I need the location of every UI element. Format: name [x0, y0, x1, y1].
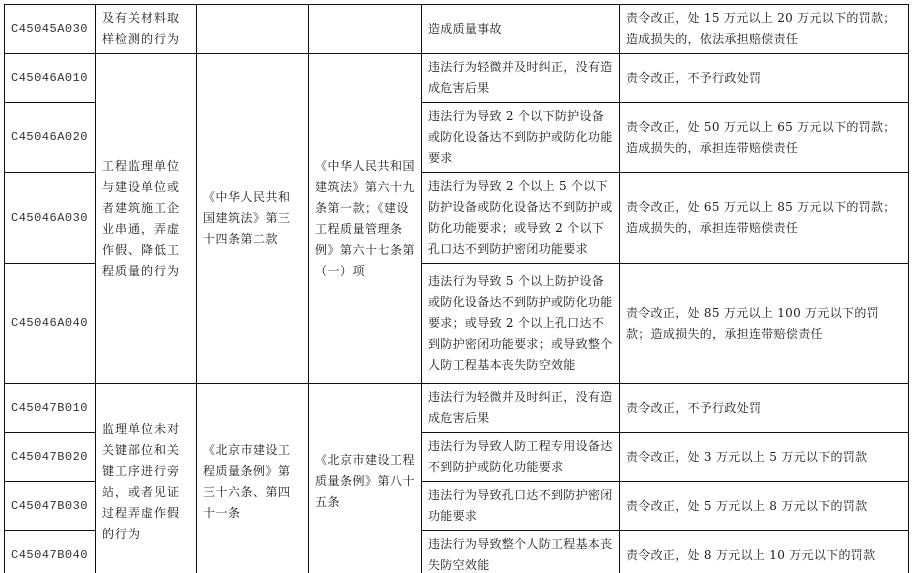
violation-code: C45047B030: [5, 482, 96, 531]
penalty-standard: 责令改正，不予行政处罚: [620, 54, 909, 103]
penalty-standard: 责令改正，处 65 万元以上 85 万元以下的罚款；造成损失的，承担连带赔偿责任: [620, 173, 909, 264]
violation-circumstance: 造成质量事故: [422, 5, 620, 54]
penalty-standards-table: C45045A030 及有关材料取样检测的行为 造成质量事故 责令改正，处 15…: [4, 4, 909, 573]
penalty-standard: 责令改正，处 8 万元以上 10 万元以下的罚款: [620, 531, 909, 573]
violation-circumstance: 违法行为导致人防工程专用设备达不到防护或防化功能要求: [422, 433, 620, 482]
violation-code: C45047B040: [5, 531, 96, 573]
violation-circumstance: 违法行为轻微并及时纠正，没有造成危害后果: [422, 384, 620, 433]
violation-description: 工程监理单位与建设单位或者建筑施工企业串通，弄虚作假、降低工程质量的行为: [96, 54, 197, 384]
violation-circumstance: 违法行为导致 2 个以上 5 个以下防护设备或防化设备达不到防护或防化功能要求；…: [422, 173, 620, 264]
penalty-basis: [309, 5, 422, 54]
violation-code: C45046A010: [5, 54, 96, 103]
violation-circumstance: 违法行为导致 2 个以下防护设备或防化设备达不到防护或防化功能要求: [422, 103, 620, 173]
penalty-standard: 责令改正，处 50 万元以上 65 万元以下的罚款；造成损失的，承担连带赔偿责任: [620, 103, 909, 173]
violation-circumstance: 违法行为导致 5 个以上防护设备或防化设备达不到防护或防化功能要求；或导致 2 …: [422, 264, 620, 384]
legal-basis: 《中华人民共和国建筑法》第三十四条第二款: [197, 54, 309, 384]
violation-description: 及有关材料取样检测的行为: [96, 5, 197, 54]
violation-code: C45046A040: [5, 264, 96, 384]
penalty-standard: 责令改正，处 3 万元以上 5 万元以下的罚款: [620, 433, 909, 482]
penalty-basis: 《北京市建设工程质量条例》第八十五条: [309, 384, 422, 573]
penalty-standard: 责令改正，不予行政处罚: [620, 384, 909, 433]
penalty-standard: 责令改正，处 5 万元以上 8 万元以下的罚款: [620, 482, 909, 531]
legal-basis: [197, 5, 309, 54]
violation-circumstance: 违法行为导致整个人防工程基本丧失防空效能: [422, 531, 620, 573]
violation-code: C45047B020: [5, 433, 96, 482]
violation-code: C45047B010: [5, 384, 96, 433]
penalty-basis: 《中华人民共和国建筑法》第六十九条第一款；《建设工程质量管理条例》第六十七条第（…: [309, 54, 422, 384]
table-row: C45047B010 监理单位未对关键部位和关键工序进行旁站，或者见证过程弄虚作…: [5, 384, 909, 433]
violation-description: 监理单位未对关键部位和关键工序进行旁站，或者见证过程弄虚作假的行为: [96, 384, 197, 573]
penalty-standard: 责令改正，处 15 万元以上 20 万元以下的罚款；造成损失的，依法承担赔偿责任: [620, 5, 909, 54]
table-row: C45045A030 及有关材料取样检测的行为 造成质量事故 责令改正，处 15…: [5, 5, 909, 54]
violation-code: C45046A020: [5, 103, 96, 173]
violation-circumstance: 违法行为导致孔口达不到防护密闭功能要求: [422, 482, 620, 531]
violation-circumstance: 违法行为轻微并及时纠正，没有造成危害后果: [422, 54, 620, 103]
table-row: C45046A010 工程监理单位与建设单位或者建筑施工企业串通，弄虚作假、降低…: [5, 54, 909, 103]
violation-code: C45046A030: [5, 173, 96, 264]
violation-code: C45045A030: [5, 5, 96, 54]
penalty-standard: 责令改正，处 85 万元以上 100 万元以下的罚款；造成损失的，承担连带赔偿责…: [620, 264, 909, 384]
legal-basis: 《北京市建设工程质量条例》第三十六条、第四十一条: [197, 384, 309, 573]
